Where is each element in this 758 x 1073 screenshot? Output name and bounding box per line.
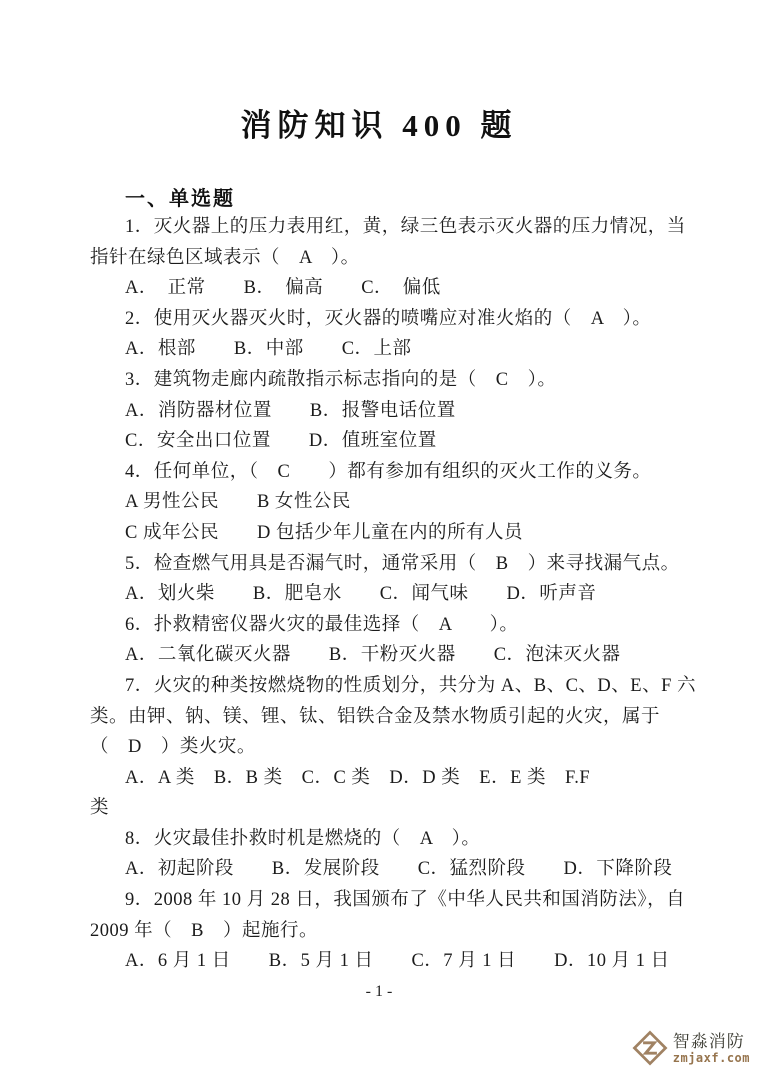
text-line: A．二氧化碳灭火器 B．干粉灭火器 C．泡沫灭火器 [90,640,690,671]
logo-text-block: 智淼消防 zmjaxf.com [673,1033,750,1064]
text-line: A．初起阶段 B．发展阶段 C．猛烈阶段 D．下降阶段 [90,854,690,885]
text-line: A．6 月 1 日 B．5 月 1 日 C．7 月 1 日 D．10 月 1 日 [90,946,690,977]
document-page: 消防知识 400 题 一、单选题 1．灭火器上的压力表用红，黄，绿三色表示灭火器… [0,0,758,1073]
text-line: 4．任何单位，（ C ）都有参加有组织的灭火工作的义务。 [90,457,690,488]
text-line: 6．扑救精密仪器火灾的最佳选择（ A ）。 [90,610,690,641]
document-title: 消防知识 400 题 [0,100,758,145]
logo-domain-text: zmjaxf.com [673,1052,750,1064]
text-line: 类 [90,793,690,824]
text-line: 1．灭火器上的压力表用红，黄，绿三色表示灭火器的压力情况，当 [90,212,690,243]
text-line: 3．建筑物走廊内疏散指示标志指向的是（ C ）。 [90,365,690,396]
watermark-logo: 智淼消防 zmjaxf.com [627,1027,754,1069]
document-body: 1．灭火器上的压力表用红，黄，绿三色表示灭火器的压力情况，当 指针在绿色区域表示… [90,212,690,977]
text-line: 指针在绿色区域表示（ A ）。 [90,243,690,274]
text-line: C 成年公民 D 包括少年儿童在内的所有人员 [90,518,690,549]
text-line: 7．火灾的种类按燃烧物的性质划分，共分为 A、B、C、D、E、F 六 [90,671,690,702]
text-line: A．A 类 B．B 类 C．C 类 D．D 类 E．E 类 F.F [90,763,690,794]
text-line: （ D ）类火灾。 [90,732,690,763]
text-line: 8．火灾最佳扑救时机是燃烧的（ A ）。 [90,824,690,855]
text-line: 2．使用灭火器灭火时，灭火器的喷嘴应对准火焰的（ A ）。 [90,304,690,335]
text-line: 2009 年（ B ）起施行。 [90,916,690,947]
text-line: A． 正常 B． 偏高 C． 偏低 [90,273,690,304]
text-line: 类。由钾、钠、镁、锂、钛、铝铁合金及禁水物质引起的火灾，属于 [90,702,690,733]
text-line: A．划火柴 B．肥皂水 C．闻气味 D．听声音 [90,579,690,610]
logo-brand-name: 智淼消防 [673,1033,750,1050]
text-line: 5．检查燃气用具是否漏气时，通常采用（ B ）来寻找漏气点。 [90,549,690,580]
text-line: 9．2008 年 10 月 28 日，我国颁布了《中华人民共和国消防法》，自 [90,885,690,916]
diamond-z-logo-icon [631,1029,669,1067]
text-line: A 男性公民 B 女性公民 [90,487,690,518]
section-heading: 一、单选题 [125,182,235,211]
text-line: C．安全出口位置 D．值班室位置 [90,426,690,457]
page-number: - 1 - [0,983,758,1001]
text-line: A．消防器材位置 B．报警电话位置 [90,396,690,427]
text-line: A．根部 B．中部 C．上部 [90,334,690,365]
